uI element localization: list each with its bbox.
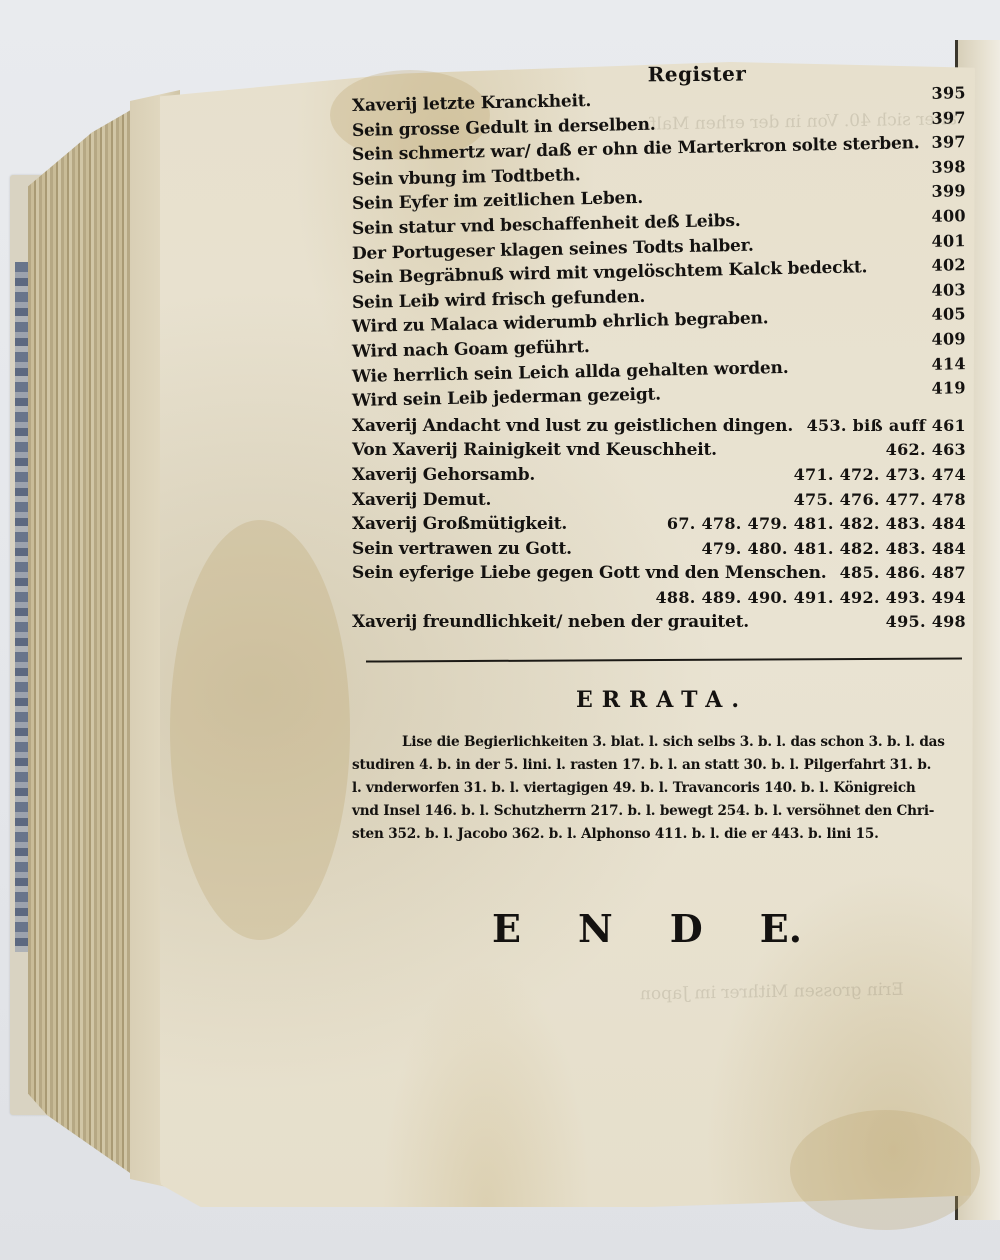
register-content: Register Xaverij letzte Kranckheit.395 S… <box>352 62 972 951</box>
page-ref: 403 <box>931 278 972 303</box>
page-ref: 397 <box>931 130 972 155</box>
index-entry: Sein eyferige Liebe gegen Gott vnd den M… <box>352 561 972 586</box>
errata-line: vnd Insel 146. b. l. Schutzherrn 217. b.… <box>352 800 972 823</box>
marbled-spine-strip <box>15 262 29 952</box>
page-ref: 479. 480. 481. 482. 483. 484 <box>702 537 973 562</box>
water-stain <box>790 1110 980 1230</box>
page-ref: 401 <box>931 229 972 254</box>
page-ref: 409 <box>931 327 972 352</box>
ende-letter: N <box>578 906 613 951</box>
index-entry: Xaverij Großmütigkeit.67. 478. 479. 481.… <box>352 512 972 537</box>
page-ref: 398 <box>931 155 972 180</box>
ende-letter: D <box>670 906 703 951</box>
page-ref: 495. 498 <box>886 610 972 635</box>
index-entry: Von Xaverij Rainigkeit vnd Keuschheit.46… <box>352 438 972 463</box>
index-entry: Xaverij freundlichkeit/ neben der grauit… <box>352 610 972 635</box>
errata-line: l. vnderworfen 31. b. l. viertagigen 49.… <box>352 777 972 800</box>
page-ref: 471. 472. 473. 474 <box>794 463 972 488</box>
page-ref: 402 <box>931 253 972 278</box>
water-stain <box>170 520 350 940</box>
page-ref: 462. 463 <box>886 438 972 463</box>
page-ref: 453. biß auff 461 <box>807 414 972 439</box>
page-ref: 397 <box>931 106 972 131</box>
ende-letter: E. <box>760 906 802 951</box>
index-list: Xaverij letzte Kranckheit.395 Sein gross… <box>352 94 972 635</box>
errata-line: studiren 4. b. in der 5. lini. l. rasten… <box>352 754 972 777</box>
page-ref: 475. 476. 477. 478 <box>794 488 972 513</box>
photo-scene: alter sich 40. Von in der erhen Malfe Er… <box>0 0 1000 1260</box>
horizontal-rule <box>366 658 962 663</box>
page-ref: 395 <box>931 81 972 106</box>
page-ref: 405 <box>931 302 972 327</box>
page-ref: 400 <box>931 204 972 229</box>
page-ref: 419 <box>931 376 972 401</box>
page-ref: 488. 489. 490. 491. 492. 493. 494 <box>655 586 972 611</box>
page-ref: 414 <box>931 352 972 377</box>
index-entry-continuation: 488. 489. 490. 491. 492. 493. 494 <box>352 586 972 611</box>
page-ref: 485. 486. 487 <box>840 561 972 586</box>
errata-line: Lise die Begierlichkeiten 3. blat. l. si… <box>352 731 972 754</box>
index-entry: Xaverij Demut.475. 476. 477. 478 <box>352 488 972 513</box>
index-entry: Xaverij Gehorsamb.471. 472. 473. 474 <box>352 463 972 488</box>
page-ref: 67. 478. 479. 481. 482. 483. 484 <box>667 512 972 537</box>
page-ref: 399 <box>931 179 972 204</box>
ende-colophon: E N D E. <box>492 906 802 951</box>
index-entry: Sein vertrawen zu Gott.479. 480. 481. 48… <box>352 537 972 562</box>
errata-text: Lise die Begierlichkeiten 3. blat. l. si… <box>352 731 972 846</box>
errata-line: sten 352. b. l. Jacobo 362. b. l. Alphon… <box>352 823 972 846</box>
index-entry: Xaverij Andacht vnd lust zu geistlichen … <box>352 414 972 439</box>
bleed-through-text: Erin grossen Mithrer im Japon <box>640 978 904 1007</box>
ende-letter: E <box>492 906 521 951</box>
errata-heading: ERRATA. <box>352 687 972 713</box>
